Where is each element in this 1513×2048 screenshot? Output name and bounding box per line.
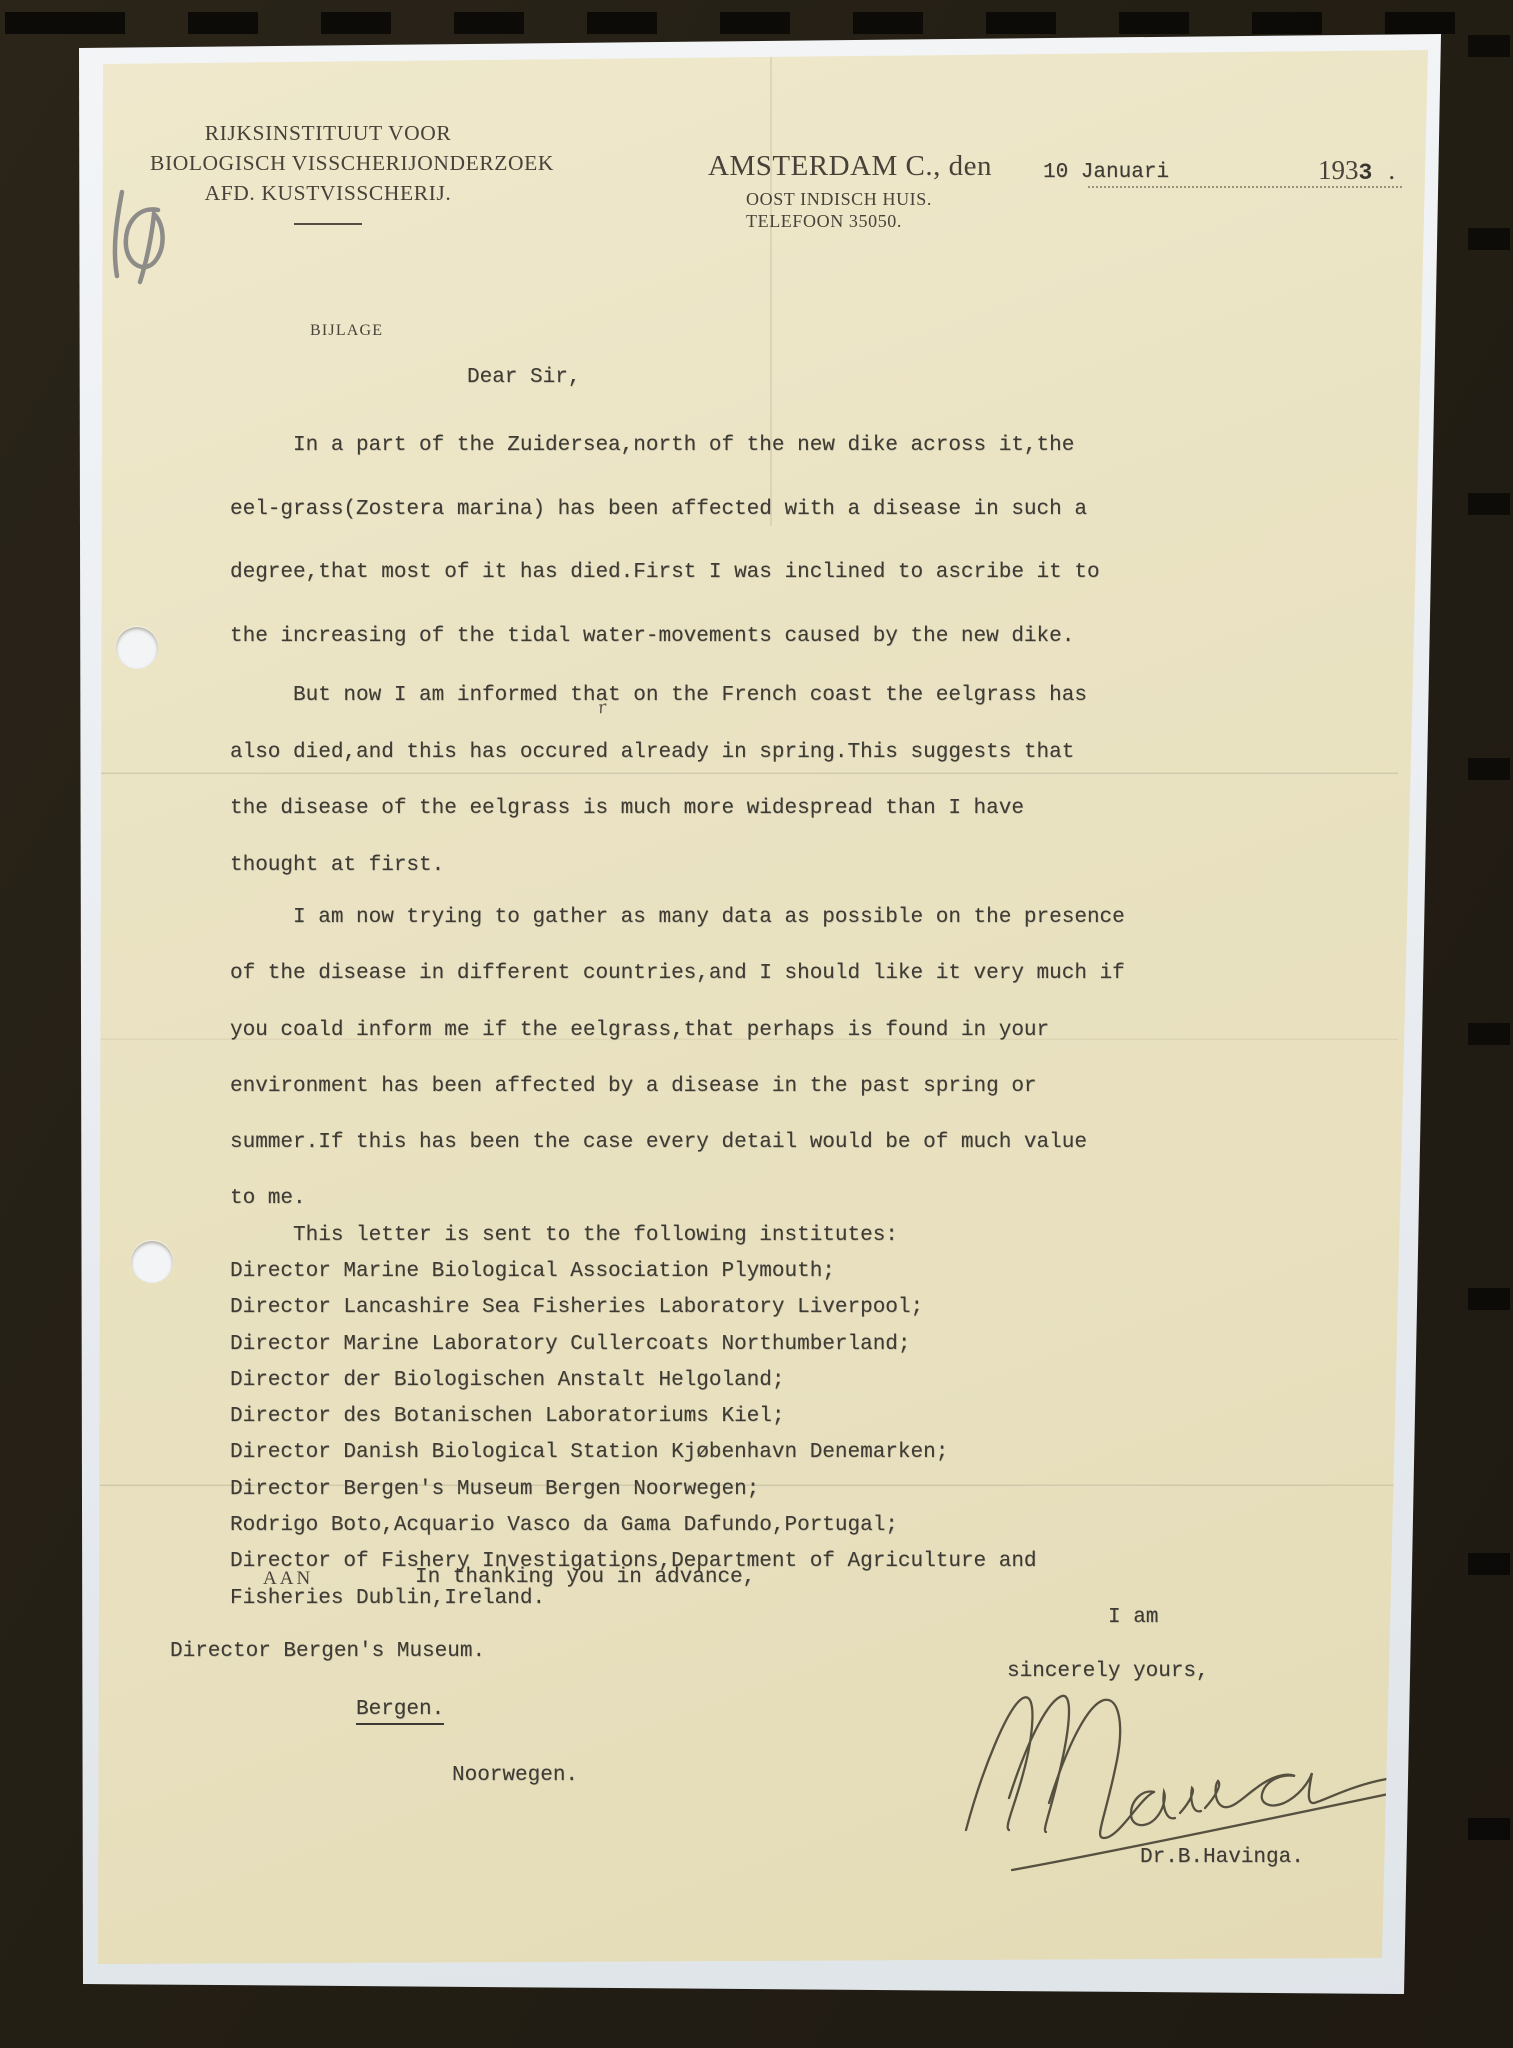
letterhead-rule: [294, 223, 362, 225]
punch-hole: [116, 627, 158, 669]
body-paragraph-1: In a part of the Zuidersea,north of the …: [230, 414, 1100, 668]
closing-i-am: I am: [1108, 1606, 1158, 1629]
year: 1933.: [1318, 155, 1395, 186]
year-period: .: [1388, 155, 1395, 185]
typed-date: 10 Januari: [1043, 161, 1169, 184]
typed-year-digit: 3: [1359, 160, 1373, 186]
institutes-intro: This letter is sent to the following ins…: [230, 1224, 898, 1247]
printed-year-prefix: 193: [1318, 155, 1359, 185]
closing-thanks: In thanking you in advance,: [415, 1566, 755, 1589]
institutes-list: Director Marine Biological Association P…: [230, 1254, 1037, 1617]
signer-typed-name: Dr.B.Havinga.: [1140, 1846, 1304, 1869]
letterhead-address: OOST INDISCH HUIS.: [746, 189, 932, 210]
salutation: Dear Sir,: [467, 366, 580, 389]
institute-line-3: AFD. KUSTVISSCHERIJ.: [150, 178, 506, 208]
aan-label: AAN: [263, 1568, 313, 1590]
institute-line-1: RIJKSINSTITUUT VOOR: [150, 118, 506, 148]
letterhead-institute-name: RIJKSINSTITUUT VOOR BIOLOGISCH VISSCHERI…: [150, 118, 506, 208]
pencil-number-annotation: [92, 182, 184, 286]
scanned-letter-photo: RIJKSINSTITUUT VOOR BIOLOGISCH VISSCHERI…: [0, 0, 1513, 2048]
letter-paper: RIJKSINSTITUUT VOOR BIOLOGISCH VISSCHERI…: [0, 0, 1513, 2048]
body-paragraph-3: I am now trying to gather as many data a…: [230, 890, 1125, 1228]
city-date-label: AMSTERDAM C., den: [708, 150, 992, 183]
binder-stitch-dashes-top: [0, 12, 1513, 34]
institute-line-2: BIOLOGISCH VISSCHERIJONDERZOEK: [150, 148, 506, 178]
binder-stitch-dashes-right: [1468, 0, 1510, 2048]
punch-hole: [131, 1241, 173, 1283]
bijlage-label: BIJLAGE: [310, 322, 383, 340]
recipient-country: Noorwegen.: [452, 1764, 578, 1787]
body-paragraph-2: But now I am informed that on the French…: [230, 668, 1087, 894]
recipient-city: Bergen.: [356, 1698, 444, 1725]
letterhead-phone: TELEFOON 35050.: [746, 211, 902, 232]
recipient-name: Director Bergen's Museum.: [170, 1640, 485, 1663]
